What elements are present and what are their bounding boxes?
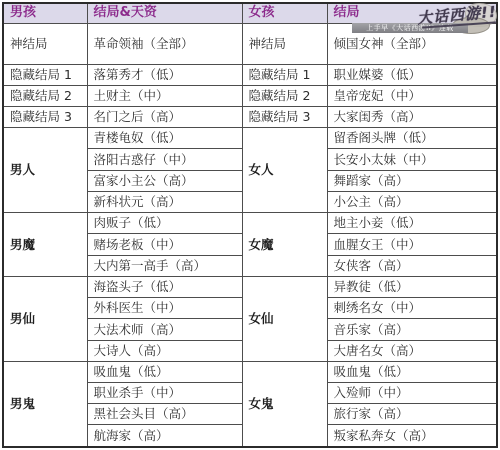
ending-cell: 青楼龟奴（低）	[87, 128, 242, 149]
ending-cell: 皇帝宠妃（中）	[327, 85, 497, 106]
section-label-male-immortal: 男仙	[3, 276, 87, 361]
ending-cell: 海盗头子（低）	[87, 276, 242, 297]
table-row: 隐藏结局 3 名门之后（高） 隐藏结局 3 大家闺秀（高）	[3, 106, 497, 127]
row-label-hidden-1-female: 隐藏结局 1	[242, 64, 327, 85]
ending-cell: 肉贩子（低）	[87, 213, 242, 234]
section-label-male-human: 男人	[3, 128, 87, 213]
ending-cell: 赌场老板（中）	[87, 234, 242, 255]
ending-cell: 大唐名女（高）	[327, 340, 497, 361]
col-header-boy: 男孩	[3, 3, 87, 23]
ending-cell: 洛阳古惑仔（中）	[87, 149, 242, 170]
ending-cell: 大诗人（高）	[87, 340, 242, 361]
ending-cell: 大内第一高手（高）	[87, 255, 242, 276]
row-label-hidden-3-female: 隐藏结局 3	[242, 106, 327, 127]
table-row: 隐藏结局 1 落第秀才（低） 隐藏结局 1 职业媒婆（低）	[3, 64, 497, 85]
row-label-hidden-2-male: 隐藏结局 2	[3, 85, 87, 106]
section-label-male-demon: 男魔	[3, 213, 87, 277]
row-label-hidden-1-male: 隐藏结局 1	[3, 64, 87, 85]
table-row: 隐藏结局 2 土财主（中） 隐藏结局 2 皇帝宠妃（中）	[3, 85, 497, 106]
endings-table: 男孩 结局&天资 女孩 结局 神结局 革命领袖（全部） 神结局 倾国女神（全部）…	[2, 2, 498, 448]
ending-cell: 新科状元（高）	[87, 191, 242, 212]
row-label-hidden-3-male: 隐藏结局 3	[3, 106, 87, 127]
ending-cell: 外科医生（中）	[87, 298, 242, 319]
ending-cell: 音乐家（高）	[327, 319, 497, 340]
ending-cell: 吸血鬼（低）	[327, 361, 497, 382]
col-header-ending-talent: 结局&天资	[87, 3, 242, 23]
ending-cell: 地主小妾（低）	[327, 213, 497, 234]
ending-cell: 富家小主公（高）	[87, 170, 242, 191]
section-label-female-human: 女人	[242, 128, 327, 213]
ending-cell: 航海家（高）	[87, 425, 242, 447]
ending-cell: 长安小太妹（中）	[327, 149, 497, 170]
row-label-hidden-2-female: 隐藏结局 2	[242, 85, 327, 106]
row-label-god-ending-male: 神结局	[3, 23, 87, 64]
ending-cell: 吸血鬼（低）	[87, 361, 242, 382]
ending-cell: 职业杀手（中）	[87, 383, 242, 404]
section-label-female-ghost: 女鬼	[242, 361, 327, 447]
col-header-girl: 女孩	[242, 3, 327, 23]
ending-cell: 名门之后（高）	[87, 106, 242, 127]
table-row: 男人 青楼龟奴（低） 女人 留香阁头牌（低）	[3, 128, 497, 149]
table-row: 男仙 海盗头子（低） 女仙 异教徒（低）	[3, 276, 497, 297]
page: 男孩 结局&天资 女孩 结局 神结局 革命领袖（全部） 神结局 倾国女神（全部）…	[0, 0, 500, 450]
ending-cell: 刺绣名女（中）	[327, 298, 497, 319]
ending-cell: 血腥女王（中）	[327, 234, 497, 255]
ending-cell: 黑社会头目（高）	[87, 404, 242, 425]
ending-cell: 异教徒（低）	[327, 276, 497, 297]
section-label-male-ghost: 男鬼	[3, 361, 87, 447]
ending-cell: 大家闺秀（高）	[327, 106, 497, 127]
ending-cell: 旅行家（高）	[327, 404, 497, 425]
ending-cell: 小公主（高）	[327, 191, 497, 212]
ending-cell: 土财主（中）	[87, 85, 242, 106]
ending-cell: 入殓师（中）	[327, 383, 497, 404]
ending-cell: 女侠客（高）	[327, 255, 497, 276]
ending-cell: 叛家私奔女（高）	[327, 425, 497, 447]
ending-cell: 留香阁头牌（低）	[327, 128, 497, 149]
ending-cell: 舞蹈家（高）	[327, 170, 497, 191]
table-row: 男鬼 吸血鬼（低） 女鬼 吸血鬼（低）	[3, 361, 497, 382]
section-label-female-demon: 女魔	[242, 213, 327, 277]
row-label-god-ending-female: 神结局	[242, 23, 327, 64]
ending-cell: 落第秀才（低）	[87, 64, 242, 85]
ending-cell: 革命领袖（全部）	[87, 23, 242, 64]
table-row: 男魔 肉贩子（低） 女魔 地主小妾（低）	[3, 213, 497, 234]
section-label-female-immortal: 女仙	[242, 276, 327, 361]
ending-cell: 职业媒婆（低）	[327, 64, 497, 85]
ending-cell: 大法术师（高）	[87, 319, 242, 340]
